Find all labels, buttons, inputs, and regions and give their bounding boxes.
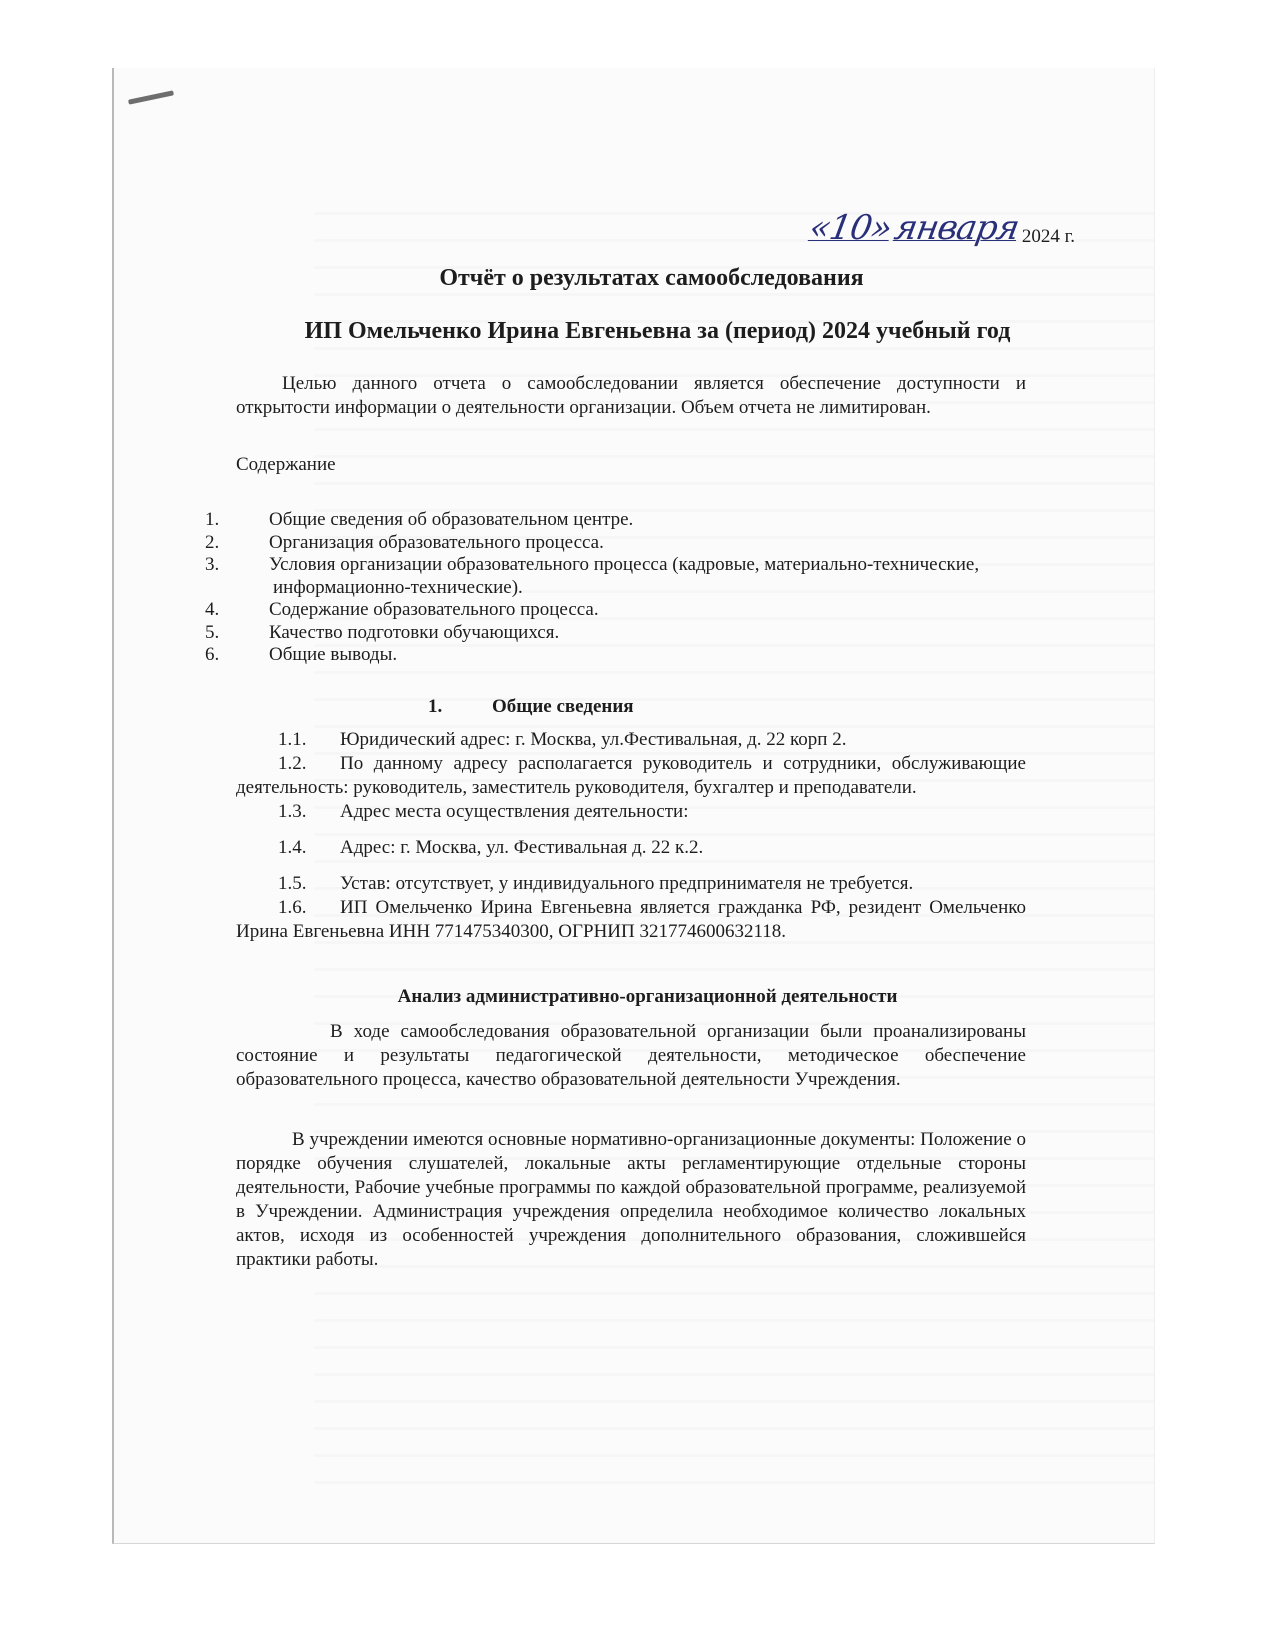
item-text: Адрес места осуществления деятельности: — [340, 801, 689, 822]
toc-item: 6. Общие выводы. — [205, 644, 1035, 667]
handwritten-month: января — [891, 208, 1021, 248]
section-heading: 1. Общие сведения — [428, 696, 634, 718]
section-item: 1.3.Адрес места осуществления деятельнос… — [236, 800, 1026, 824]
section-item: 1.6.ИП Омельченко Ирина Евгеньевна являе… — [236, 896, 1026, 944]
document-subtitle: ИП Омельченко Ирина Евгеньевна за (перио… — [20, 318, 1275, 345]
section-number: 1. — [428, 696, 492, 718]
item-text: Адрес: г. Москва, ул. Фестивальная д. 22… — [340, 837, 703, 858]
toc-item: 1. Общие сведения об образовательном цен… — [205, 509, 1035, 532]
section-item: 1.5.Устав: отсутствует, у индивидуальног… — [236, 872, 1026, 896]
analysis-paragraph: В ходе самообследования образовательной … — [236, 1020, 1026, 1092]
intro-paragraph: Целью данного отчета о самообследовании … — [236, 372, 1026, 420]
item-number: 1.3. — [236, 800, 340, 824]
item-text: ИП Омельченко Ирина Евгеньевна является … — [236, 897, 1026, 942]
toc-item: 4. Содержание образовательного процесса. — [205, 599, 1035, 622]
document-date: «10» января 2024 г. — [810, 208, 1075, 248]
section-item: 1.4.Адрес: г. Москва, ул. Фестивальная д… — [236, 836, 1026, 860]
item-number: 1.5. — [236, 872, 340, 896]
toc-text: Общие выводы. — [269, 644, 1035, 667]
toc-item: 5. Качество подготовки обучающихся. — [205, 622, 1035, 645]
toc-text: Общие сведения об образовательном центре… — [269, 509, 1035, 532]
item-number: 1.4. — [236, 836, 340, 860]
toc-number: 5. — [205, 622, 269, 645]
section-items: 1.1.Юридический адрес: г. Москва, ул.Фес… — [236, 728, 1026, 944]
item-number: 1.6. — [236, 896, 340, 920]
section-item: 1.1.Юридический адрес: г. Москва, ул.Фес… — [236, 728, 1026, 752]
toc-number: 3. — [205, 554, 269, 577]
toc-text-continuation: информационно-технические). — [205, 577, 1035, 600]
handwritten-day: «10» — [806, 208, 894, 248]
toc-text: Организация образовательного процесса. — [269, 532, 1035, 555]
document-title: Отчёт о результатах самообследования — [14, 265, 1275, 292]
toc-number: 4. — [205, 599, 269, 622]
toc-item: 2. Организация образовательного процесса… — [205, 532, 1035, 555]
toc-number: 2. — [205, 532, 269, 555]
toc-text: Качество подготовки обучающихся. — [269, 622, 1035, 645]
analysis-paragraph: В учреждении имеются основные нормативно… — [236, 1128, 1026, 1272]
item-text: По данному адресу располагается руководи… — [236, 753, 1026, 798]
item-number: 1.2. — [236, 752, 340, 776]
section-title: Общие сведения — [492, 696, 634, 718]
toc-item: 3. Условия организации образовательного … — [205, 554, 1035, 577]
analysis-heading: Анализ административно-организационной д… — [0, 986, 1275, 1008]
contents-heading: Содержание — [236, 454, 336, 476]
toc-number: 6. — [205, 644, 269, 667]
section-item: 1.2.По данному адресу располагается руко… — [236, 752, 1026, 800]
item-number: 1.1. — [236, 728, 340, 752]
toc-number: 1. — [205, 509, 269, 532]
table-of-contents: 1. Общие сведения об образовательном цен… — [205, 509, 1035, 667]
toc-text: Содержание образовательного процесса. — [269, 599, 1035, 622]
item-text: Юридический адрес: г. Москва, ул.Фестива… — [340, 729, 846, 750]
item-text: Устав: отсутствует, у индивидуального пр… — [340, 873, 913, 894]
toc-text: Условия организации образовательного про… — [269, 554, 1035, 577]
date-year: 2024 г. — [1022, 226, 1075, 248]
